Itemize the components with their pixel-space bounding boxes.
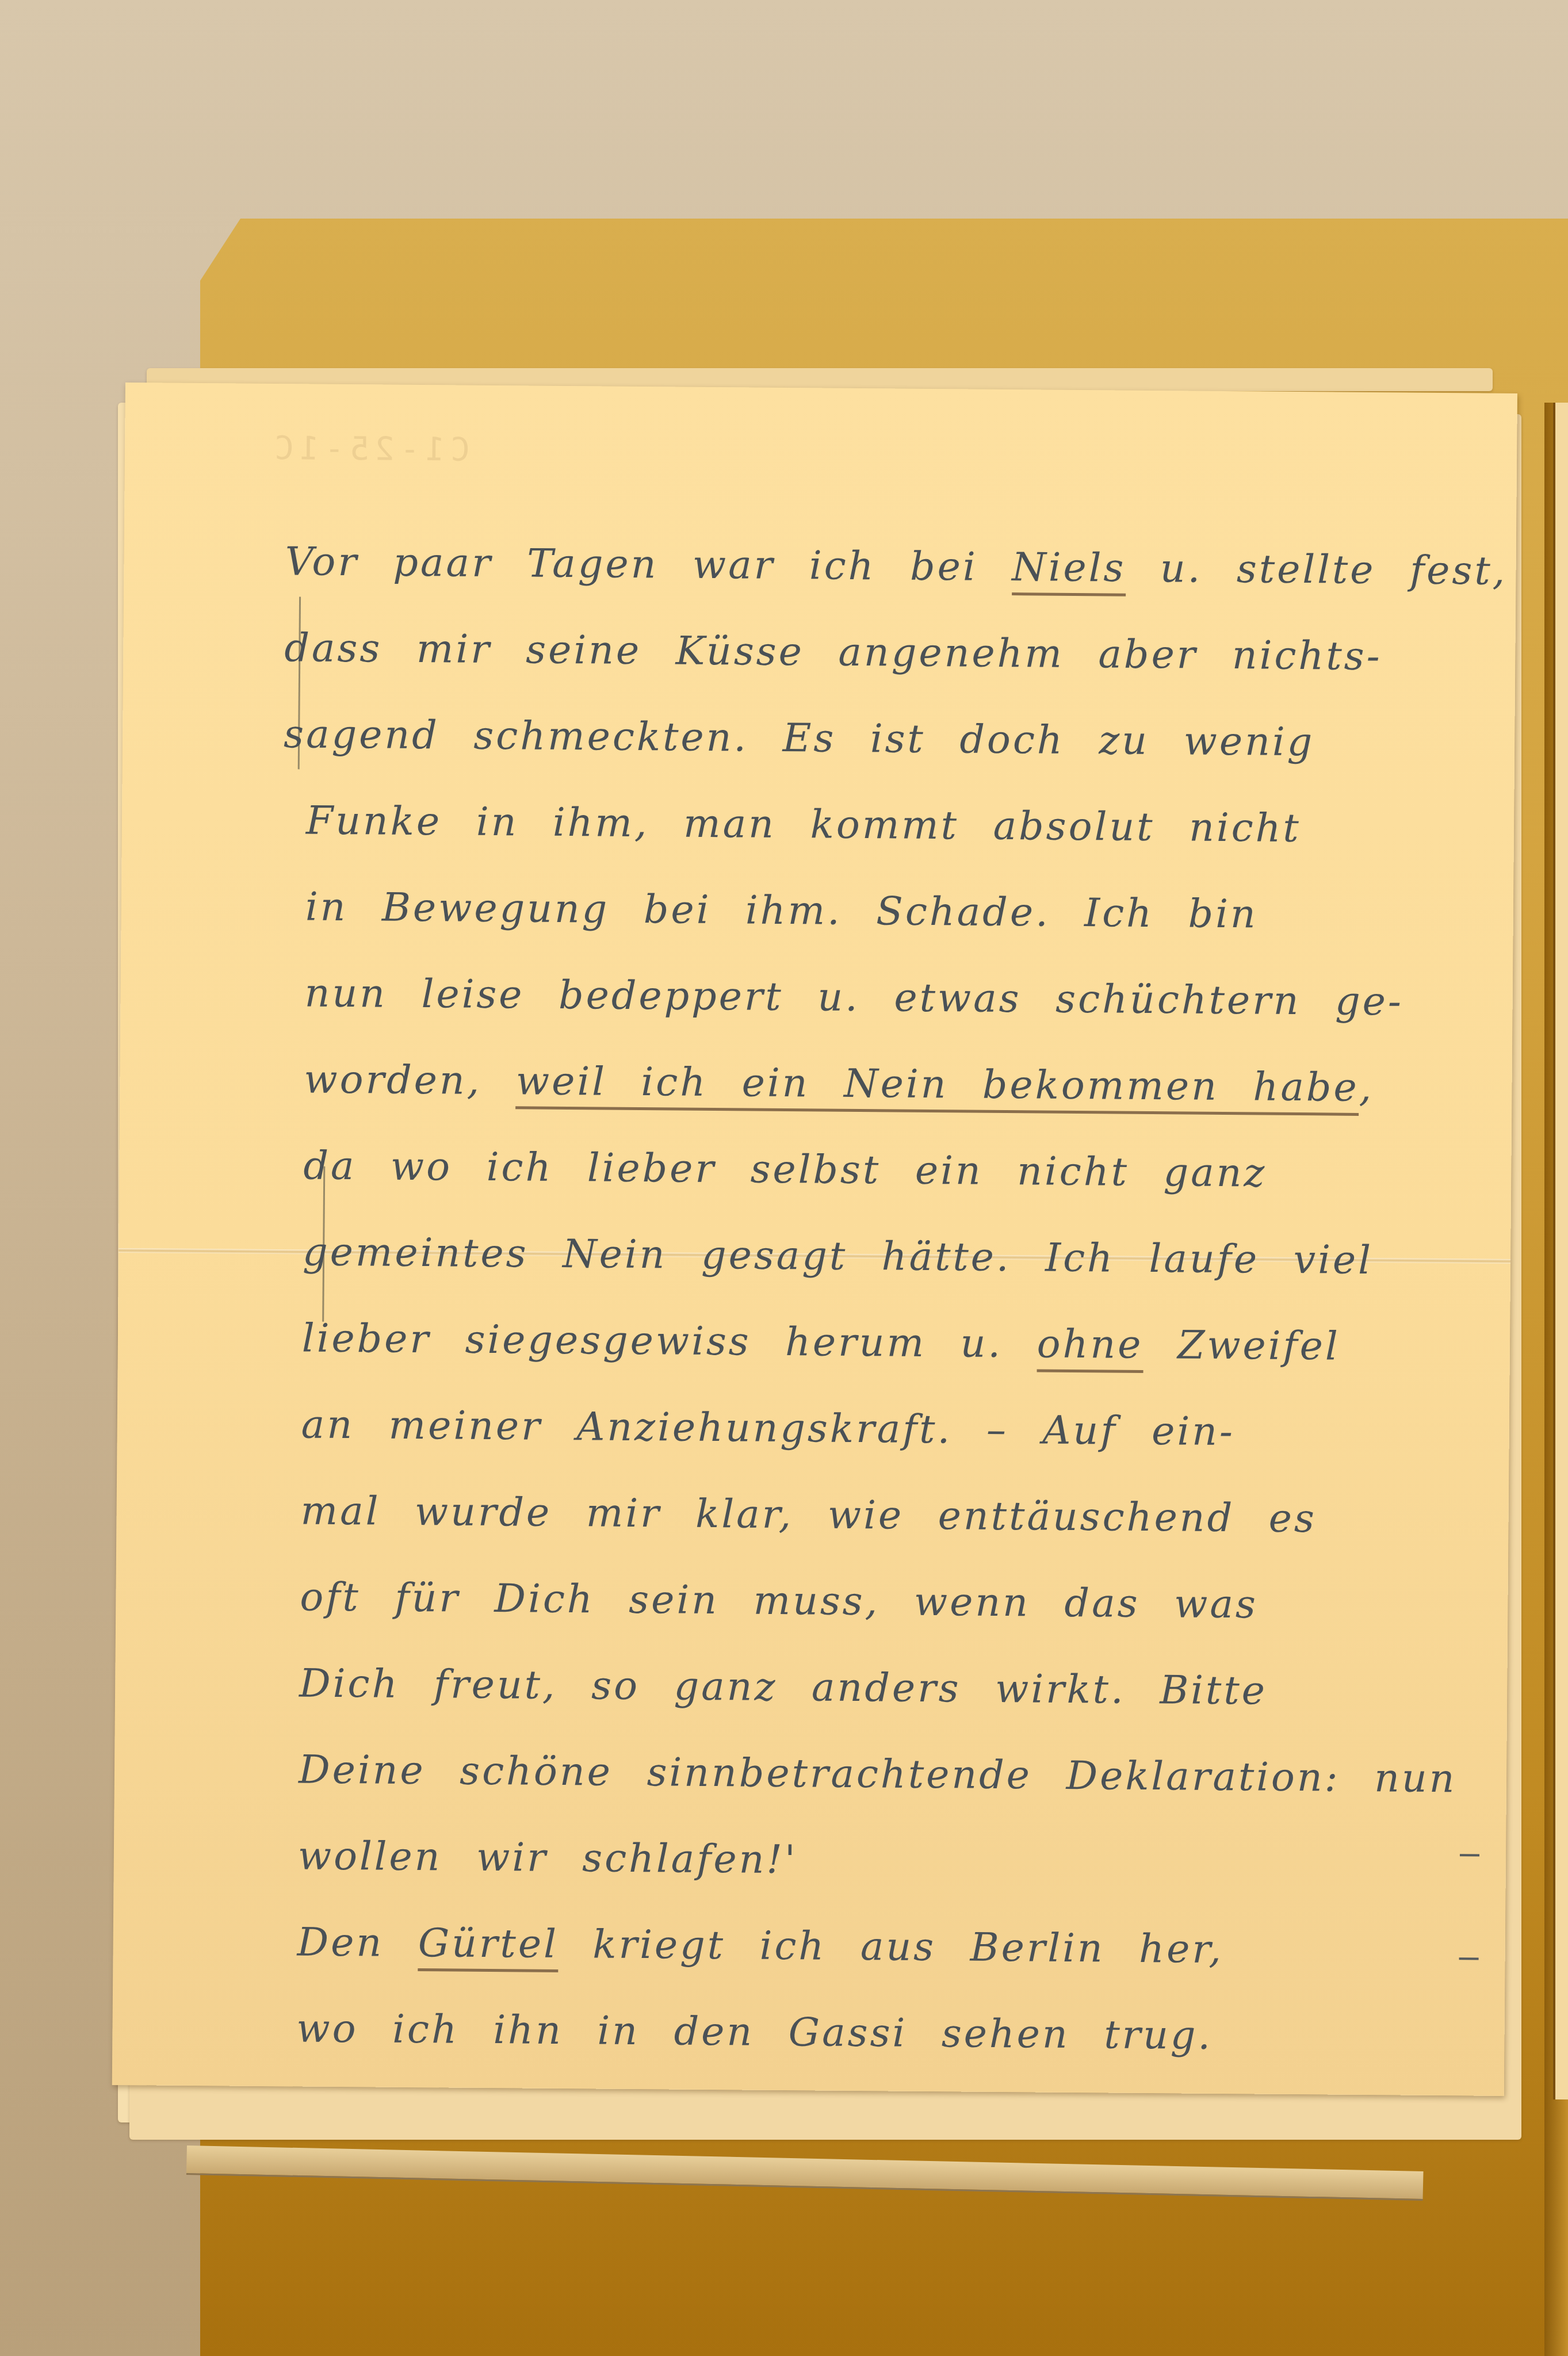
margin-dash: [1460, 1854, 1479, 1856]
text-line: Vor paar Tagen war ich bei Niels u. stel…: [285, 519, 1482, 614]
underlined-phrase: weil ich ein Nein bekommen habe: [516, 1058, 1359, 1116]
text-line: wollen wir schlafen!': [274, 1813, 1471, 1908]
adjacent-sheet-edge: [1553, 403, 1568, 2099]
text-line: mal wurde mir klar, wie enttäuschend es: [277, 1468, 1474, 1563]
text-line: in Bewegung bei ihm. Schade. Ich bin: [282, 864, 1479, 959]
letter-body: Vor paar Tagen war ich bei Niels u. stel…: [273, 519, 1482, 2081]
text-line: worden, weil ich ein Nein bekommen habe,: [281, 1037, 1478, 1132]
text-line: Funke in ihm, man kommt absolut nicht: [282, 778, 1479, 873]
text-line: Dich freut, so ganz anders wirkt. Bitte: [276, 1640, 1473, 1736]
text-line: lieber siegesgewiss herum u. ohne Zweife…: [278, 1295, 1475, 1391]
text-line: nun leise bedeppert u. etwas schüchtern …: [281, 950, 1478, 1046]
text-line: oft für Dich sein muss, wenn das was: [277, 1554, 1474, 1650]
text-line: Deine schöne sinnbetrachtende Deklaratio…: [275, 1727, 1472, 1822]
text-line: wo ich ihn in den Gassi sehen trug.: [273, 1986, 1470, 2081]
letter-page: C1-25-1C Vor paar Tagen war ich bei Niel…: [112, 383, 1517, 2096]
text-line: da wo ich lieber selbst ein nicht ganz: [280, 1123, 1477, 1218]
text-line: Den Gürtel kriegt ich aus Berlin her,: [274, 1899, 1471, 1995]
text-line: dass mir seine Küsse angenehm aber nicht…: [284, 605, 1481, 701]
text-line: an meiner Anziehungskraft. – Auf ein-: [278, 1382, 1475, 1477]
underlined-word: ohne: [1037, 1321, 1143, 1372]
text-line: gemeintes Nein gesagt hätte. Ich laufe v…: [280, 1209, 1477, 1305]
underlined-word: Gürtel: [418, 1921, 559, 1972]
text-line: sagend schmeckten. Es ist doch zu wenig: [284, 691, 1481, 787]
margin-dash: [1459, 1957, 1479, 1960]
underlined-word: Niels: [1012, 545, 1126, 596]
reverse-bleed-through: C1-25-1C: [269, 430, 470, 469]
